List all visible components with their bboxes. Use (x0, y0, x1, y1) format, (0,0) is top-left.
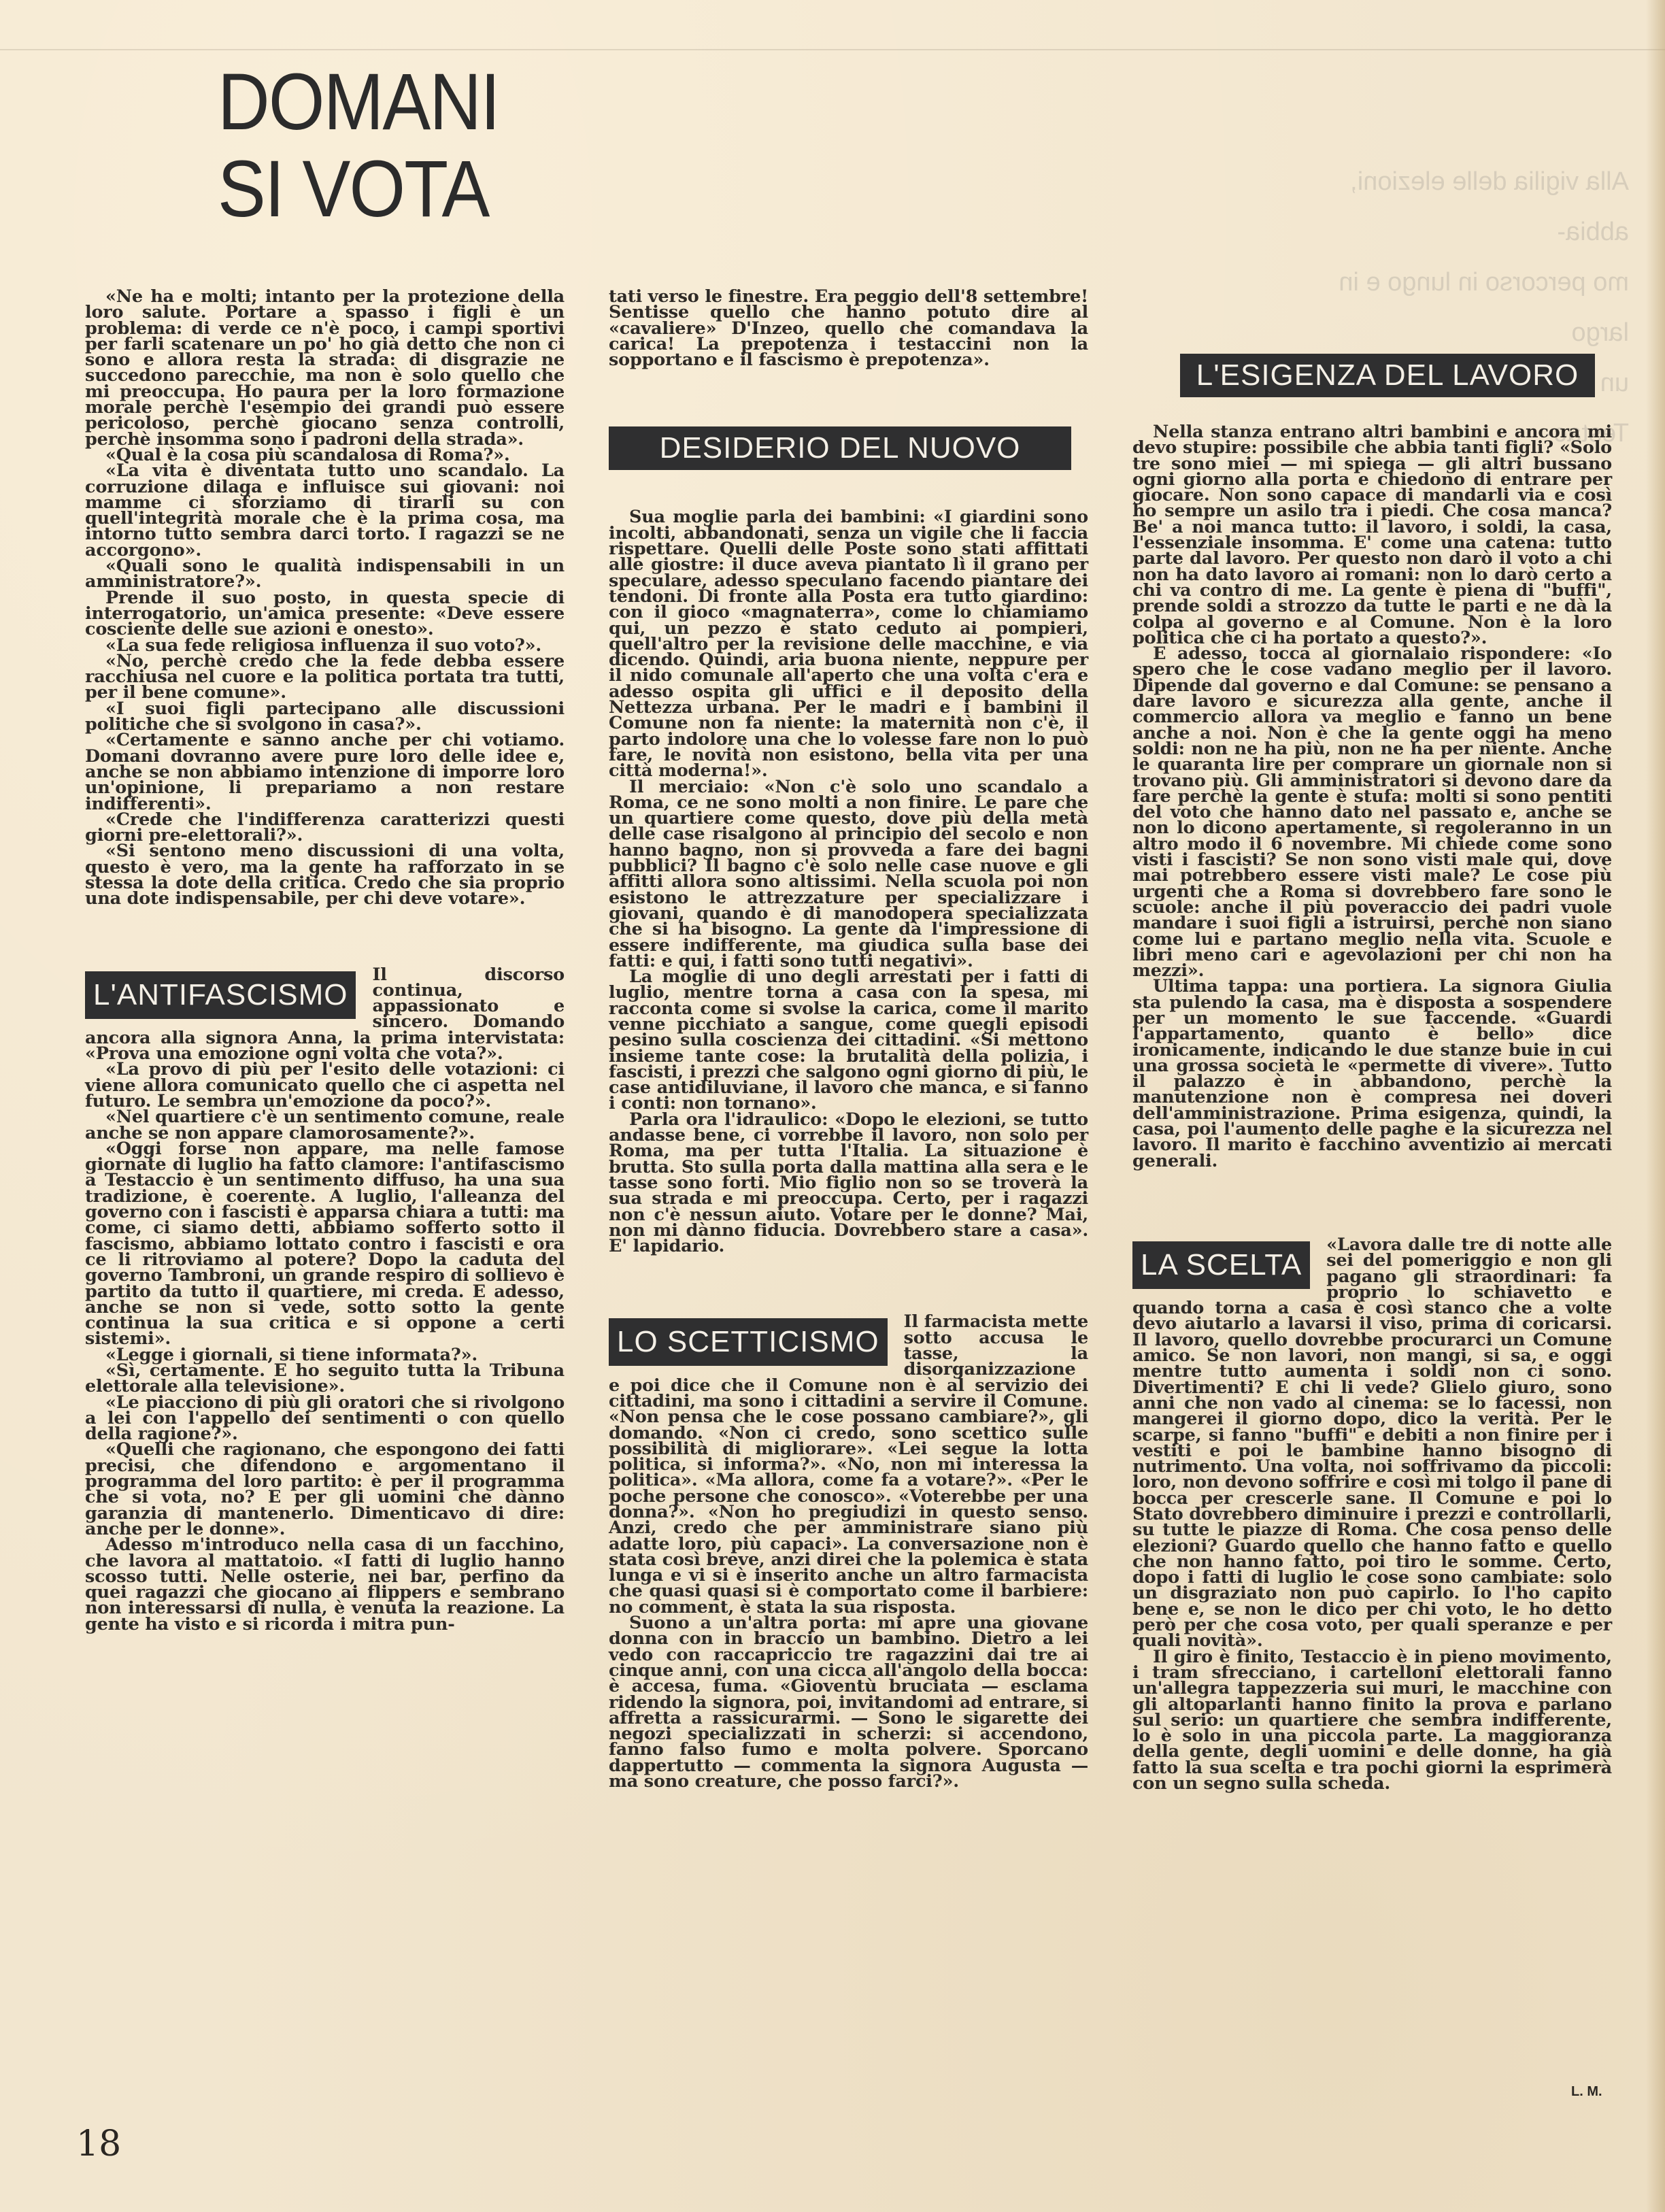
fold-line (0, 49, 1665, 50)
paragraph: tati verso le finestre. Era peggio dell'… (609, 289, 1088, 368)
paragraph: «Lavora dalle tre di notte alle sei del … (1132, 1237, 1612, 1649)
page-number: 18 (76, 2124, 121, 2164)
paragraph: Parla ora l'idraulico: «Dopo le elezioni… (609, 1112, 1088, 1255)
section-gap (1132, 1169, 1612, 1237)
section-heading-la-scelta: LA SCELTA (1132, 1241, 1310, 1289)
column-3: L'ESIGENZA DEL LAVORO Nella stanza entra… (1132, 354, 1612, 1792)
section-gap (85, 907, 565, 967)
paragraph: «Certamente e sanno anche per chi votiam… (85, 733, 565, 811)
paragraph: «Nel quartiere c'è un sentimento comune,… (85, 1109, 565, 1141)
paragraph: Adesso m'introduco nella casa di un facc… (85, 1537, 565, 1632)
ghost-line: mo percorso in lungo e in largo (1336, 257, 1629, 358)
ghost-line: Alla vigilia delle elezioni, abbia- (1336, 156, 1629, 257)
article-title: DOMANI SI VOTA (218, 58, 499, 233)
paragraph: «Crede che l'indifferenza caratterizzi q… (85, 812, 565, 844)
section-gap (609, 1254, 1088, 1314)
paragraph: Nella stanza entrano altri bambini e anc… (1132, 424, 1612, 646)
paragraph: «No, perchè credo che la fede debba esse… (85, 654, 565, 701)
section-heading-antifascismo: L'ANTIFASCISMO (85, 971, 356, 1019)
paragraph: E adesso, tocca al giornalaio rispondere… (1132, 646, 1612, 979)
section-gap (609, 470, 1088, 509)
paragraph: Ultima tappa: una portiera. La signora G… (1132, 979, 1612, 1169)
paragraph: «La vita è diventata tutto uno scandalo.… (85, 463, 565, 558)
section-heading-lo-scetticismo: LO SCETTICISMO (609, 1318, 888, 1366)
author-signature: L. M. (1571, 2084, 1602, 2100)
paragraph: La moglie di uno degli arrestati per i f… (609, 969, 1088, 1112)
title-line-1: DOMANI (218, 58, 499, 146)
section-heading-desiderio-del-nuovo: DESIDERIO DEL NUOVO (609, 426, 1071, 470)
paragraph: «La provo di più per l'esito delle votaz… (85, 1062, 565, 1109)
column-2: tati verso le finestre. Era peggio dell'… (609, 289, 1088, 1790)
column-1: «Ne ha e molti; intanto per la protezion… (85, 289, 565, 1632)
page-edge-shadow (1646, 0, 1665, 2212)
paragraph: «Si sentono meno discussioni di una volt… (85, 843, 565, 907)
paragraph: Suono a un'altra porta: mi apre una giov… (609, 1615, 1088, 1790)
section-heading-esigenza-del-lavoro: L'ESIGENZA DEL LAVORO (1180, 354, 1595, 397)
paragraph: «Quelli che ragionano, che espongono dei… (85, 1442, 565, 1537)
paragraph: «Ne ha e molti; intanto per la protezion… (85, 289, 565, 448)
paragraph: Sua moglie parla dei bambini: «I giardin… (609, 509, 1088, 779)
section-gap (609, 368, 1088, 426)
title-line-2: SI VOTA (218, 146, 499, 233)
paragraph: Prende il suo posto, in questa specie di… (85, 590, 565, 638)
paragraph: «Quali sono le qualità indispensabili in… (85, 558, 565, 590)
paragraph: «Le piacciono di più gli oratori che si … (85, 1395, 565, 1443)
paragraph: «I suoi figli partecipano alle discussio… (85, 701, 565, 733)
paragraph: Il merciaio: «Non c'è solo uno scandalo … (609, 780, 1088, 970)
paragraph: «Oggi forse non appare, ma nelle famose … (85, 1141, 565, 1347)
paragraph: Il giro è finito, Testaccio è in pieno m… (1132, 1649, 1612, 1792)
paragraph: «Sì, certamente. E ho seguito tutta la T… (85, 1363, 565, 1395)
section-gap (1132, 397, 1612, 424)
